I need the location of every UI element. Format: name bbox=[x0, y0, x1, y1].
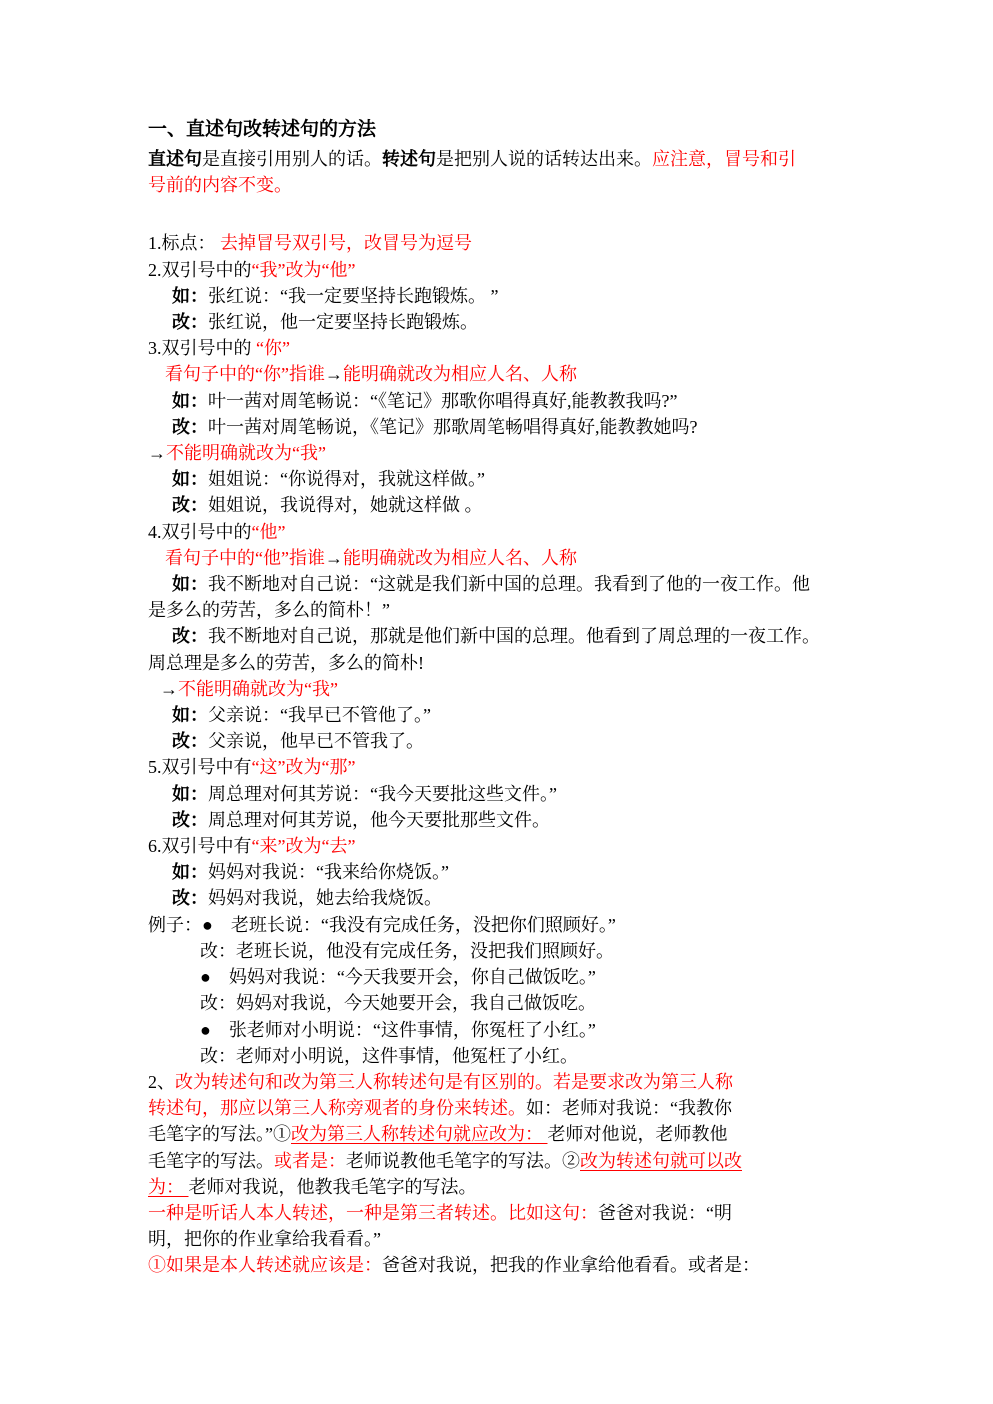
highlight-text: 不能明确就改为“我” bbox=[166, 443, 326, 463]
body-text: 5.双引号中有 bbox=[148, 757, 252, 777]
body-text: 姐姐说，我说得对，她就这样做 。 bbox=[208, 495, 483, 515]
text-line: 如：叶一茜对周笔畅说：“《笔记》那歌你唱得真好,能教教我吗?” bbox=[172, 388, 878, 414]
bullet-icon: ● bbox=[202, 915, 213, 935]
text-line: 改：叶一茜对周笔畅说，《笔记》那歌周笔畅唱得真好,能教教她吗? bbox=[172, 414, 878, 440]
highlight-text: “我”改为“他” bbox=[252, 260, 356, 280]
arrow-icon: → bbox=[148, 443, 166, 463]
body-text: 改： bbox=[172, 495, 208, 515]
body-text: 老师对我说，他教我毛笔字的写法。 bbox=[189, 1177, 477, 1197]
text-line: 如：妈妈对我说：“我来给你烧饭。” bbox=[172, 859, 878, 885]
highlight-text: 改为第三人称转述句就应改为： bbox=[291, 1124, 548, 1144]
text-line: 改：老师对小明说，这件事情，他冤枉了小红。 bbox=[200, 1043, 878, 1069]
text-line: 2、改为转述句和改为第三人称转述句是有区别的。若是要求改为第三人称 bbox=[148, 1069, 878, 1095]
arrow-icon: → bbox=[325, 548, 343, 568]
body-text: 妈妈对我说：“我来给你烧饭。” bbox=[208, 862, 449, 882]
body-text: 例子： bbox=[148, 915, 202, 935]
body-text: 爸爸对我说，把我的作业拿给他看看。或者是： bbox=[382, 1255, 760, 1275]
text-line: →不能明确就改为“我” bbox=[160, 676, 878, 702]
highlight-text: “他” bbox=[252, 522, 286, 542]
text-line: →不能明确就改为“我” bbox=[148, 440, 878, 466]
highlight-text: “这”改为“那” bbox=[252, 757, 356, 777]
bullet-icon: ● bbox=[200, 1020, 211, 1040]
body-text: 1.标点： bbox=[148, 233, 220, 253]
highlight-text: “来”改为“去” bbox=[252, 836, 356, 856]
text-line: 一种是听话人本人转述，一种是第三者转述。比如这句：爸爸对我说：“明 bbox=[148, 1200, 878, 1226]
body-text: 妈妈对我说：“今天我要开会，你自己做饭吃。” bbox=[211, 967, 596, 987]
arrow-icon: → bbox=[160, 679, 178, 699]
body-text: 4.双引号中的 bbox=[148, 522, 252, 542]
body-text: 改： bbox=[172, 312, 208, 332]
text-line: 改：周总理对何其芳说，他今天要批那些文件。 bbox=[172, 807, 878, 833]
body-text: 改： bbox=[172, 417, 208, 437]
body-text: 是直接引用别人的话。 bbox=[202, 149, 382, 169]
body-text: 张红说，他一定要坚持长跑锻炼。 bbox=[208, 312, 478, 332]
body-text: 改：老师对小明说，这件事情，他冤枉了小红。 bbox=[200, 1046, 578, 1066]
body-text: 妈妈对我说，她去给我烧饭。 bbox=[208, 888, 442, 908]
body-text: 如： bbox=[172, 862, 208, 882]
text-line: 如：张红说：“我一定要坚持长跑锻炼。 ” bbox=[172, 283, 878, 309]
body-text: 周总理是多么的劳苦，多么的简朴! bbox=[148, 653, 424, 673]
page-title: 一、直述句改转述句的方法 bbox=[148, 116, 878, 144]
body-text: 改： bbox=[172, 731, 208, 751]
body-text: 改： bbox=[172, 888, 208, 908]
body-text: 2.双引号中的 bbox=[148, 260, 252, 280]
page: { "colors": { "background": "#ffffff", "… bbox=[0, 0, 993, 1404]
body-text: 是把别人说的话转达出来。 bbox=[436, 149, 652, 169]
text-line: 周总理是多么的劳苦，多么的简朴! bbox=[148, 650, 878, 676]
body-text: 姐姐说：“你说得对，我就这样做。” bbox=[208, 469, 485, 489]
body-text: 如： bbox=[172, 705, 208, 725]
body-text: 明，把你的作业拿给我看看。” bbox=[148, 1229, 381, 1249]
body-text: 爸爸对我说：“明 bbox=[598, 1203, 732, 1223]
body-text: 叶一茜对周笔畅说：“《笔记》那歌你唱得真好,能教教我吗?” bbox=[208, 391, 677, 411]
text-line: 2.双引号中的“我”改为“他” bbox=[148, 257, 878, 283]
bullet-icon: ● bbox=[200, 967, 211, 987]
text-line: 转述句，那应以第三人称旁观者的身份来转述。如：老师对我说：“我教你 bbox=[148, 1095, 878, 1121]
body-text: 我不断地对自己说，那就是他们新中国的总理。他看到了周总理的一夜工作。 bbox=[208, 626, 820, 646]
highlight-text: 为： bbox=[148, 1177, 189, 1197]
highlight-text: 能明确就改为相应人名、人称 bbox=[343, 364, 577, 384]
text-line: ● 妈妈对我说：“今天我要开会，你自己做饭吃。” bbox=[200, 964, 878, 990]
text-line: 看句子中的“你”指谁→能明确就改为相应人名、人称 bbox=[165, 361, 878, 387]
body-text: 老班长说：“我没有完成任务，没把你们照顾好。” bbox=[213, 915, 616, 935]
body-text: 周总理对何其芳说：“我今天要批这些文件。” bbox=[208, 784, 557, 804]
body-text: 如： bbox=[172, 286, 208, 306]
text-line: 4.双引号中的“他” bbox=[148, 519, 878, 545]
body-text: 2、 bbox=[148, 1072, 175, 1092]
text-line: 改：妈妈对我说，今天她要开会，我自己做饭吃。 bbox=[200, 990, 878, 1016]
body-text: 老师说教他毛笔字的写法。② bbox=[346, 1151, 580, 1171]
body-text: 是多么的劳苦，多么的简朴！” bbox=[148, 600, 390, 620]
body-text: 父亲说：“我早已不管他了。” bbox=[208, 705, 431, 725]
document-lines: 直述句是直接引用别人的话。转述句是把别人说的话转达出来。应注意，冒号和引号前的内… bbox=[148, 146, 878, 1279]
highlight-text: 转述句，那应以第三人称旁观者的身份来转述。 bbox=[148, 1098, 526, 1118]
highlight-text: 看句子中的“他”指谁 bbox=[165, 548, 325, 568]
body-text: 如：老师对我说：“我教你 bbox=[526, 1098, 732, 1118]
text-line: 1.标点： 去掉冒号双引号，改冒号为逗号 bbox=[148, 230, 878, 256]
text-line: 号前的内容不变。 bbox=[148, 172, 878, 198]
text-line: 5.双引号中有“这”改为“那” bbox=[148, 754, 878, 780]
body-text: 如： bbox=[172, 469, 208, 489]
body-text: 改：妈妈对我说，今天她要开会，我自己做饭吃。 bbox=[200, 993, 596, 1013]
text-line: ● 张老师对小明说：“这件事情，你冤枉了小红。” bbox=[200, 1017, 878, 1043]
highlight-text: ①如果是本人转述就应该是： bbox=[148, 1255, 382, 1275]
body-text: 我不断地对自己说：“这就是我们新中国的总理。我看到了他的一夜工作。他 bbox=[208, 574, 810, 594]
highlight-text: 应注意，冒号和引 bbox=[652, 149, 796, 169]
highlight-text: “你” bbox=[256, 338, 290, 358]
body-text: 张老师对小明说：“这件事情，你冤枉了小红。” bbox=[211, 1020, 596, 1040]
text-line: 改：妈妈对我说，她去给我烧饭。 bbox=[172, 885, 878, 911]
body-text: 父亲说，他早已不管我了。 bbox=[208, 731, 424, 751]
text-line: 为： 老师对我说，他教我毛笔字的写法。 bbox=[148, 1174, 878, 1200]
document-page: 一、直述句改转述句的方法 直述句是直接引用别人的话。转述句是把别人说的话转达出来… bbox=[148, 116, 878, 1279]
body-text: 6.双引号中有 bbox=[148, 836, 252, 856]
body-text: 如： bbox=[172, 391, 208, 411]
highlight-text: 改为转述句和改为第三人称转述句是有区别的。若是要求改为第三人称 bbox=[175, 1072, 733, 1092]
arrow-icon: → bbox=[325, 364, 343, 384]
body-text: 叶一茜对周笔畅说，《笔记》那歌周笔畅唱得真好,能教教她吗? bbox=[208, 417, 698, 437]
body-text: 改： bbox=[172, 626, 208, 646]
text-line: 例子：● 老班长说：“我没有完成任务，没把你们照顾好。” bbox=[148, 912, 878, 938]
text-line: 改：我不断地对自己说，那就是他们新中国的总理。他看到了周总理的一夜工作。 bbox=[172, 623, 878, 649]
body-text: 毛笔字的写法。 bbox=[148, 1151, 274, 1171]
highlight-text: 能明确就改为相应人名、人称 bbox=[343, 548, 577, 568]
body-text: 老师对他说，老师教他 bbox=[548, 1124, 728, 1144]
highlight-text: 不能明确就改为“我” bbox=[178, 679, 338, 699]
highlight-text: 一种是听话人本人转述，一种是第三者转述。比如这句： bbox=[148, 1203, 598, 1223]
body-text: 张红说：“我一定要坚持长跑锻炼。 ” bbox=[208, 286, 498, 306]
text-line: 改：张红说，他一定要坚持长跑锻炼。 bbox=[172, 309, 878, 335]
text-line: 毛笔字的写法。”①改为第三人称转述句就应改为： 老师对他说，老师教他 bbox=[148, 1121, 878, 1147]
text-line: 改：父亲说，他早已不管我了。 bbox=[172, 728, 878, 754]
text-line: 改：老班长说，他没有完成任务，没把我们照顾好。 bbox=[200, 938, 878, 964]
text-line: ①如果是本人转述就应该是：爸爸对我说，把我的作业拿给他看看。或者是： bbox=[148, 1252, 878, 1278]
text-line: 明，把你的作业拿给我看看。” bbox=[148, 1226, 878, 1252]
body-text: 如： bbox=[172, 574, 208, 594]
text-line: 改：姐姐说，我说得对，她就这样做 。 bbox=[172, 492, 878, 518]
highlight-text: 去掉冒号双引号，改冒号为逗号 bbox=[220, 233, 472, 253]
text-line: 如：我不断地对自己说：“这就是我们新中国的总理。我看到了他的一夜工作。他 bbox=[172, 571, 878, 597]
highlight-text: 或者是： bbox=[274, 1151, 346, 1171]
body-text: 转述句 bbox=[382, 149, 436, 169]
highlight-text: 看句子中的“你”指谁 bbox=[165, 364, 325, 384]
body-text: 周总理对何其芳说，他今天要批那些文件。 bbox=[208, 810, 550, 830]
text-line: 3.双引号中的 “你” bbox=[148, 335, 878, 361]
text-line: 毛笔字的写法。或者是：老师说教他毛笔字的写法。②改为转述句就可以改 bbox=[148, 1148, 878, 1174]
highlight-text: 改为转述句就可以改 bbox=[580, 1151, 742, 1171]
body-text: 改：老班长说，他没有完成任务，没把我们照顾好。 bbox=[200, 941, 614, 961]
body-text: 3.双引号中的 bbox=[148, 338, 256, 358]
body-text: 如： bbox=[172, 784, 208, 804]
text-line: 如：姐姐说：“你说得对，我就这样做。” bbox=[172, 466, 878, 492]
text-line: 是多么的劳苦，多么的简朴！” bbox=[148, 597, 878, 623]
highlight-text: 号前的内容不变。 bbox=[148, 175, 292, 195]
text-line: 如：父亲说：“我早已不管他了。” bbox=[172, 702, 878, 728]
text-line: 6.双引号中有“来”改为“去” bbox=[148, 833, 878, 859]
text-line: 如：周总理对何其芳说：“我今天要批这些文件。” bbox=[172, 781, 878, 807]
body-text: 直述句 bbox=[148, 149, 202, 169]
body-text: 毛笔字的写法。”① bbox=[148, 1124, 291, 1144]
text-line: 直述句是直接引用别人的话。转述句是把别人说的话转达出来。应注意，冒号和引 bbox=[148, 146, 878, 172]
text-line: 看句子中的“他”指谁→能明确就改为相应人名、人称 bbox=[165, 545, 878, 571]
body-text: 改： bbox=[172, 810, 208, 830]
